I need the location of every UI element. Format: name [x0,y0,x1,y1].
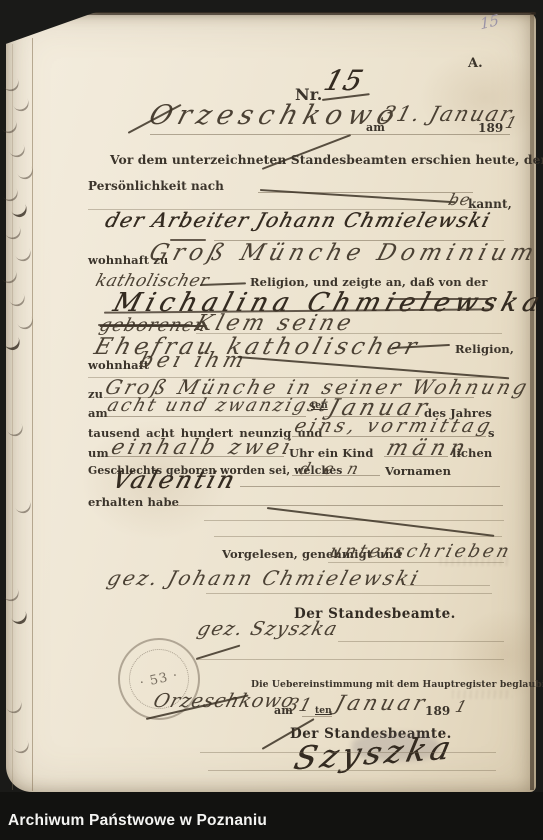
ruled-line [292,475,380,476]
ruled-line [106,416,306,417]
ruled-line [404,585,490,586]
form-letter-a: A. [468,56,483,71]
lichen-printed: lichen [452,446,492,460]
ruled-line [240,486,500,487]
ruled-line [384,456,448,457]
ruled-line [108,456,284,457]
ruled-line [328,562,504,563]
page-fold-line [32,38,33,791]
certification-year-printed: 189 [425,704,450,718]
ruled-line [338,641,504,642]
intro-sentence: Vor dem unterzeichneten Standesbeamten e… [110,152,543,167]
religion-declaration-printed: Religion, und zeigte an, daß von der [250,275,488,289]
registrar-gez-signature-handwritten: gez. Szyszka [195,618,341,640]
archive-watermark: Archiwum Państwowe w Poznaniu [8,812,267,830]
declarant-residence-handwritten: Groß Münche Dominium [146,240,541,266]
stamp-number: 53 [138,668,179,691]
ruled-line [204,520,504,521]
erhalten-habe-printed: erhalten habe [88,495,179,509]
ruled-line [214,536,502,537]
birth-day-handwritten: acht und zwanzigst [105,395,332,416]
vornamen-printed: Vornamen [385,464,451,478]
certification-statement: Die Uebereinstimmung mit dem Hauptregist… [251,679,543,690]
year-words-handwritten: eins, vormittag [292,415,496,437]
declarant-name-handwritten: der Arbeiter Johann Chmielewski [103,208,494,232]
unterschrieben-handwritten: unterschrieben [327,541,514,562]
bottom-black-bar: Archiwum Państwowe w Poznaniu [0,792,543,840]
religion2-printed: Religion, [455,342,514,356]
certification-ten-suffix: ten [315,706,332,716]
strike-line [98,324,190,326]
scanned-register-page: 15 A. Nr. 15 Orzeschkowo am 31. Januar 1… [0,0,543,840]
ruled-line [302,716,332,717]
identity-label: Persönlichkeit nach [88,179,224,193]
ten-suffix-printed: ten [311,401,328,411]
ruled-line [200,752,496,753]
ruled-line [196,659,504,660]
declarant-signature-handwritten: gez. Johann Chmielewski [105,566,424,590]
ink-line [392,298,492,300]
ruled-line [150,134,510,135]
birthplace-zu-label: zu [88,387,103,401]
dateline-year-printed: 189 [478,121,503,135]
ruled-line [206,593,492,594]
child-name-handwritten: Valentin [109,466,241,494]
mother-residence-handwritten: bei ihm [137,348,251,372]
time-um-label: um [88,446,109,460]
certification-month-handwritten: Januar [333,691,431,715]
ruled-line [208,770,496,771]
s-suffix-printed: s [488,426,495,440]
uhr-ein-kind-printed: Uhr ein Kind [289,446,373,460]
ruled-line [168,505,503,506]
